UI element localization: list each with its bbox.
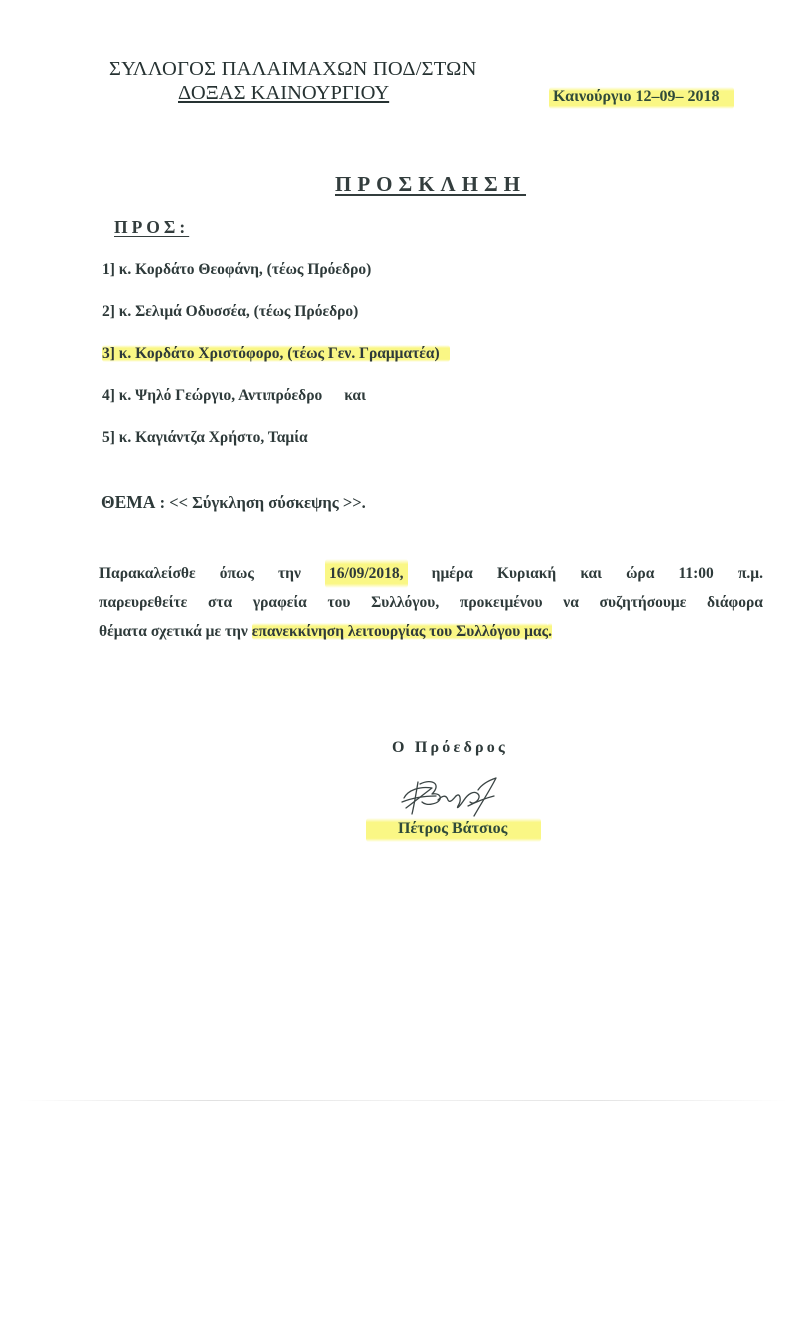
scan-artifact-line <box>18 1100 788 1101</box>
recipient-text: 2] κ. Σελιμά Οδυσσέα, (τέως Πρόεδρο) <box>102 303 368 320</box>
recipient-item: 3] κ. Κορδάτο Χριστόφορο, (τέως Γεν. Γρα… <box>102 342 450 384</box>
subject-text: : << Σύγκληση σύσκεψης >>. <box>160 493 366 512</box>
recipient-item: 2] κ. Σελιμά Οδυσσέα, (τέως Πρόεδρο) <box>102 300 450 342</box>
highlighted-phrase: επανεκκίνηση λειτουργίας του Συλλόγου μα… <box>252 623 548 640</box>
organization-subname: ΔΟΞΑΣ ΚΑΙΝΟΥΡΓΙΟΥ <box>178 82 389 105</box>
body-line-3: θέματα σχετικά με την επανεκκίνηση λειτο… <box>99 617 763 646</box>
recipients-heading: ΠΡΟΣ: <box>114 217 189 238</box>
body-line-2: παρευρεθείτε στα γραφεία του Συλλόγου, π… <box>99 588 763 617</box>
meeting-date: 16/09/2018, <box>325 559 408 588</box>
recipient-text: 4] κ. Ψηλό Γεώργιο, Αντιπρόεδροκαι <box>102 387 376 404</box>
recipient-text-highlighted: 3] κ. Κορδάτο Χριστόφορο, (τέως Γεν. Γρα… <box>102 345 450 362</box>
recipient-item: 5] κ. Καγιάντζα Χρήστο, Ταμία <box>102 426 450 468</box>
signatory-name: Πέτρος Βάτσιος <box>366 818 541 842</box>
subject-line: ΘΕΜΑ : << Σύγκληση σύσκεψης >>. <box>101 492 366 513</box>
recipient-list: 1] κ. Κορδάτο Θεοφάνη, (τέως Πρόεδρο) 2]… <box>102 258 450 468</box>
recipient-item: 1] κ. Κορδάτο Θεοφάνη, (τέως Πρόεδρο) <box>102 258 450 300</box>
body-line-1: Παρακαλείσθε όπως την 16/09/2018, ημέρα … <box>99 559 763 588</box>
conjunction: και <box>344 387 366 404</box>
document-title: ΠΡΟΣΚΛΗΣΗ <box>335 172 526 197</box>
recipient-text: 1] κ. Κορδάτο Θεοφάνη, (τέως Πρόεδρο) <box>102 261 381 278</box>
recipient-item: 4] κ. Ψηλό Γεώργιο, Αντιπρόεδροκαι <box>102 384 450 426</box>
subject-label: ΘΕΜΑ <box>101 492 155 512</box>
handwritten-signature <box>398 772 508 820</box>
organization-name: ΣΥΛΛΟΓΟΣ ΠΑΛΑΙΜΑΧΩΝ ΠΟΔ/ΣΤΩΝ <box>109 58 477 81</box>
body-paragraph: Παρακαλείσθε όπως την 16/09/2018, ημέρα … <box>99 559 763 646</box>
recipient-text: 5] κ. Καγιάντζα Χρήστο, Ταμία <box>102 429 318 446</box>
meeting-time: 11:00 <box>679 559 714 588</box>
place-date: Καινούργιο 12–09– 2018 <box>549 87 734 109</box>
signatory-role: Ο Πρόεδρος <box>392 739 508 757</box>
